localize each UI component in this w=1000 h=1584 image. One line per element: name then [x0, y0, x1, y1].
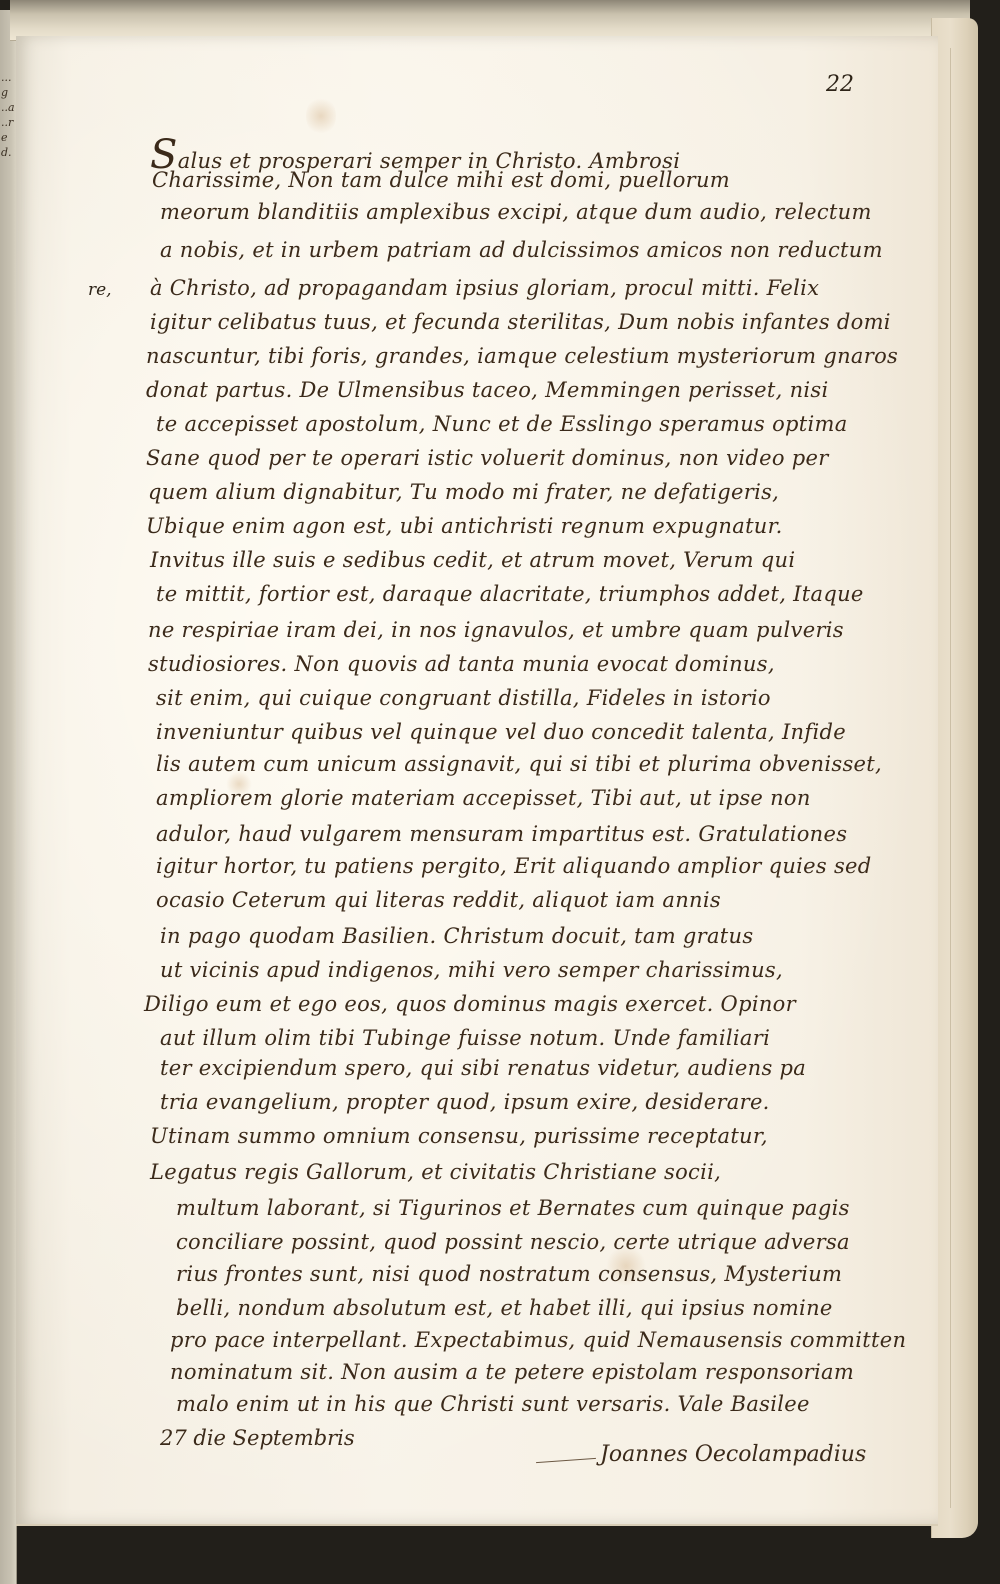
letter-line: ocasio Ceterum qui literas reddit, aliqu… — [156, 888, 721, 912]
letter-line: te mittit, fortior est, daraque alacrita… — [156, 582, 864, 606]
letter-line: Charissime, Non tam dulce mihi est domi,… — [152, 168, 730, 192]
letter-line: Utinam summo omnium consensu, purissime … — [150, 1124, 768, 1148]
letter-date: 27 die Septembris — [160, 1426, 355, 1450]
manuscript-scan: ...g ..a ..re d. 22 re, Salus et prosper… — [0, 0, 1000, 1584]
letter-line: quem alium dignabitur, Tu modo mi frater… — [148, 480, 779, 504]
letter-line: inveniuntur quibus vel quinque vel duo c… — [156, 720, 846, 744]
letter-line: Sane quod per te operari istic voluerit … — [146, 446, 829, 470]
letter-line: donat partus. De Ulmensibus taceo, Memmi… — [146, 378, 829, 402]
letter-line: Ubique enim agon est, ubi antichristi re… — [146, 514, 783, 538]
letter-line: lis autem cum unicum assignavit, qui si … — [156, 752, 882, 776]
letter-line: tria evangelium, propter quod, ipsum exi… — [160, 1090, 770, 1114]
letter-line: a nobis, et in urbem patriam ad dulcissi… — [160, 238, 883, 262]
letter-line: ampliorem glorie materiam accepisset, Ti… — [156, 786, 811, 810]
letter-line: studiosiores. Non quovis ad tanta munia … — [148, 652, 775, 676]
letter-line: conciliare possint, quod possint nescio,… — [176, 1230, 850, 1254]
letter-line: igitur hortor, tu patiens pergito, Erit … — [156, 854, 872, 878]
letter-line: à Christo, ad propagandam ipsius gloriam… — [150, 276, 819, 300]
letter-line: nominatum sit. Non ausim a te petere epi… — [170, 1360, 854, 1384]
letter-line: multum laborant, si Tigurinos et Bernate… — [176, 1196, 850, 1220]
signature: Joannes Oecolampadius — [600, 1442, 866, 1467]
letter-line: igitur celibatus tuus, et fecunda steril… — [150, 310, 891, 334]
letter-line: ut vicinis apud indigenos, mihi vero sem… — [160, 958, 783, 982]
letter-line: malo enim ut in his que Christi sunt ver… — [176, 1392, 810, 1416]
letter-body: Salus et prosperari semper in Christo. A… — [0, 0, 1000, 1584]
letter-line: aut illum olim tibi Tubinge fuisse notum… — [160, 1026, 770, 1050]
letter-line: belli, nondum absolutum est, et habet il… — [176, 1296, 833, 1320]
letter-line: Diligo eum et ego eos, quos dominus magi… — [144, 992, 796, 1016]
letter-line: te accepisset apostolum, Nunc et de Essl… — [156, 412, 848, 436]
letter-line: nascuntur, tibi foris, grandes, iamque c… — [146, 344, 898, 368]
letter-line: rius frontes sunt, nisi quod nostratum c… — [176, 1262, 842, 1286]
letter-line: pro pace interpellant. Expectabimus, qui… — [170, 1328, 906, 1352]
letter-line: meorum blanditiis amplexibus excipi, atq… — [160, 200, 872, 224]
letter-line: ter excipiendum spero, qui sibi renatus … — [160, 1056, 806, 1080]
letter-line: in pago quodam Basilien. Christum docuit… — [160, 924, 753, 948]
letter-line: adulor, haud vulgarem mensuram impartitu… — [156, 822, 847, 846]
letter-line: ne respiriae iram dei, in nos ignavulos,… — [148, 618, 844, 642]
letter-line: Legatus regis Gallorum, et civitatis Chr… — [150, 1160, 721, 1184]
letter-line: Invitus ille suis e sedibus cedit, et at… — [150, 548, 795, 572]
letter-line: sit enim, qui cuique congruant distilla,… — [156, 686, 771, 710]
